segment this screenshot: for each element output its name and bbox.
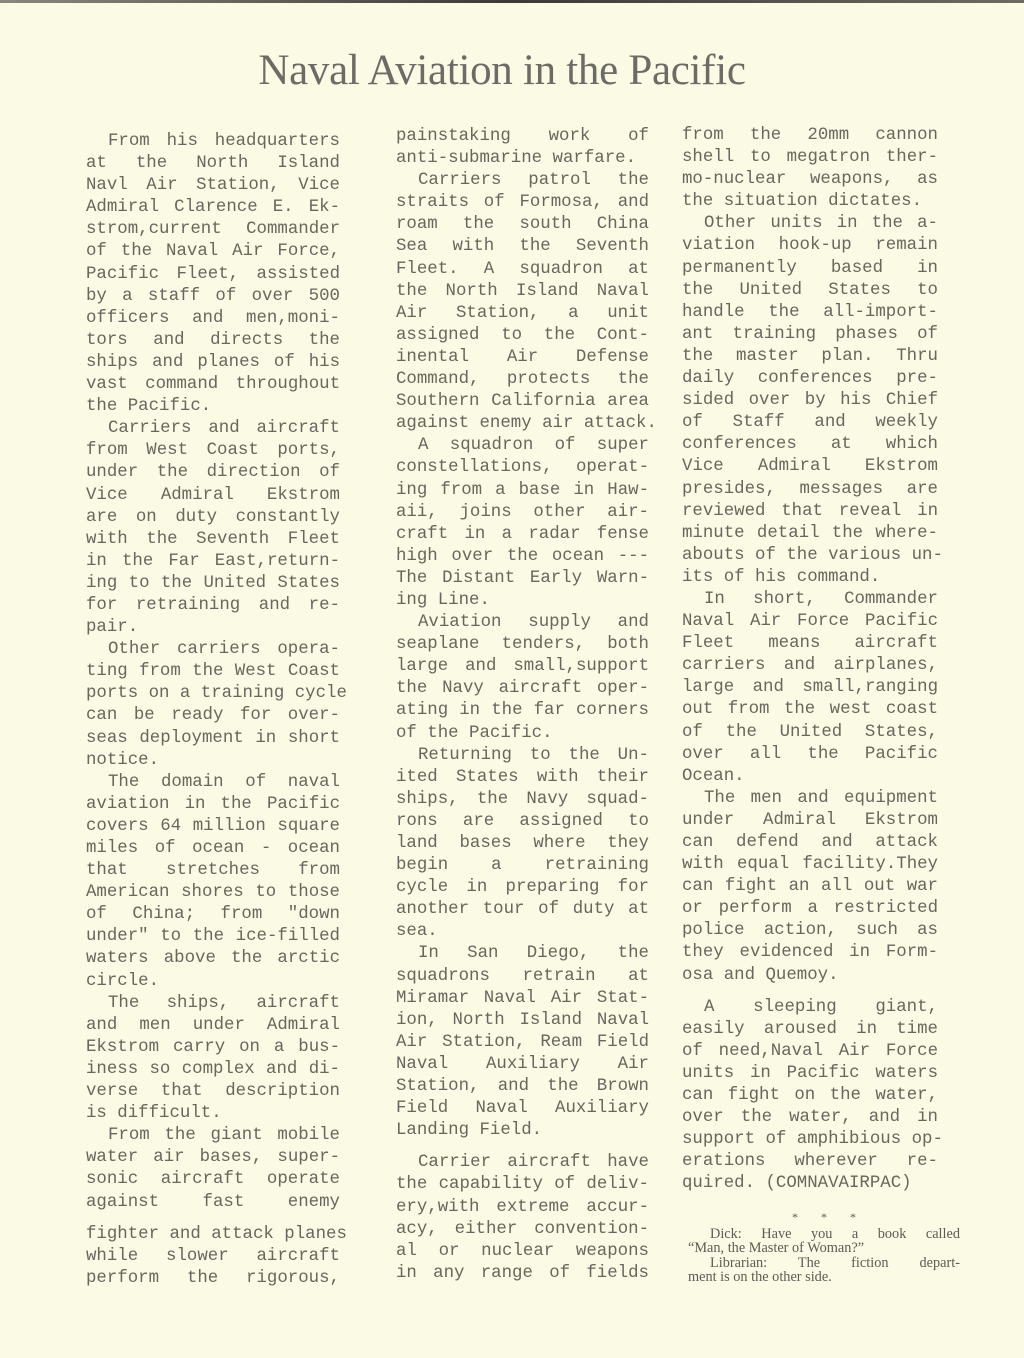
text-line: of need,Naval Air Force <box>682 1041 938 1063</box>
text-line: The Distant Early Warn- <box>396 568 649 590</box>
article-column-1: From his headquartersat the North Island… <box>86 131 340 1290</box>
text-line: at the North Island <box>86 153 340 175</box>
text-line: the United States to <box>682 280 938 302</box>
text-line: seas deployment in short <box>86 728 340 750</box>
text-line: of the Naval Air Force, <box>86 241 340 263</box>
footnote-line: Librarian: The fiction depart- <box>688 1256 960 1271</box>
text-line: A squadron of super <box>396 435 649 457</box>
text-line: Southern California area <box>396 391 649 413</box>
text-line: of China; from "down <box>86 904 340 926</box>
text-line: by a staff of over 500 <box>86 286 340 308</box>
text-line: or perform a restricted <box>682 898 938 920</box>
text-line: shell to megatron ther- <box>682 147 938 169</box>
text-line: units in Pacific waters <box>682 1063 938 1085</box>
text-line: Carriers and aircraft <box>86 418 340 440</box>
text-line: mo-nuclear weapons, as <box>682 169 938 191</box>
text-line: ports on a training cycle <box>86 683 340 705</box>
text-line: The ships, aircraft <box>86 993 340 1015</box>
text-line: rons are assigned to <box>396 811 649 833</box>
text-line: Ocean. <box>682 766 938 788</box>
text-line: pair. <box>86 617 340 639</box>
text-line: water air bases, super- <box>86 1147 340 1169</box>
text-line: vast command throughout <box>86 374 340 396</box>
text-line: aviation in the Pacific <box>86 794 340 816</box>
text-line: police action, such as <box>682 920 938 942</box>
text-line: high over the ocean --- <box>396 546 649 568</box>
text-line: Air Station, Ream Field <box>396 1032 649 1054</box>
text-line: of Staff and weekly <box>682 412 938 434</box>
text-line: abouts of the various un- <box>682 545 938 567</box>
text-line: erations wherever re- <box>682 1151 938 1173</box>
article-title: Naval Aviation in the Pacific <box>0 46 1004 95</box>
text-line: in any range of fields <box>396 1263 649 1285</box>
text-line: that stretches from <box>86 860 340 882</box>
text-line: Other units in the a- <box>682 213 938 235</box>
page-top-edge <box>0 0 1024 3</box>
text-line: can be ready for over- <box>86 705 340 727</box>
text-line: Pacific Fleet, assisted <box>86 264 340 286</box>
text-line: From the giant mobile <box>86 1125 340 1147</box>
text-line: can defend and attack <box>682 832 938 854</box>
text-line: out from the west coast <box>682 699 938 721</box>
text-line: over the water, and in <box>682 1107 938 1129</box>
footnote-line: Dick: Have you a book called <box>688 1227 960 1242</box>
text-line: large and small,support <box>396 656 649 678</box>
text-line: land bases where they <box>396 833 649 855</box>
text-line: against enemy air attack. <box>396 413 649 435</box>
text-line: aii, joins other air- <box>396 502 649 524</box>
text-line: with equal facility.They <box>682 854 938 876</box>
text-line: presides, messages are <box>682 479 938 501</box>
text-line: begin a retraining <box>396 855 649 877</box>
text-line: craft in a radar fense <box>396 524 649 546</box>
text-line: while slower aircraft <box>86 1246 340 1268</box>
text-line: Field Naval Auxiliary <box>396 1098 649 1120</box>
text-line: circle. <box>86 971 340 993</box>
text-line: squadrons retrain at <box>396 966 649 988</box>
text-line: ships, the Navy squad- <box>396 789 649 811</box>
text-line: The men and equipment <box>682 788 938 810</box>
text-line: the Navy aircraft oper- <box>396 678 649 700</box>
text-line: ing from a base in Haw- <box>396 480 649 502</box>
text-line: Vice Admiral Ekstrom <box>86 485 340 507</box>
text-line: ing to the United States <box>86 573 340 595</box>
text-line: In short, Commander <box>682 589 938 611</box>
text-line: Ekstrom carry on a bus- <box>86 1037 340 1059</box>
text-line: inental Air Defense <box>396 347 649 369</box>
text-line: In San Diego, the <box>396 943 649 965</box>
text-line: officers and men,moni- <box>86 308 340 330</box>
text-line: viation hook-up remain <box>682 235 938 257</box>
text-line: ting from the West Coast <box>86 661 340 683</box>
text-line: cycle in preparing for <box>396 877 649 899</box>
text-line: from West Coast ports, <box>86 440 340 462</box>
text-line: support of amphibious op- <box>682 1129 938 1151</box>
text-line: verse that description <box>86 1081 340 1103</box>
text-line: Carrier aircraft have <box>396 1152 649 1174</box>
text-line: ing Line. <box>396 590 649 612</box>
text-line: Naval Auxiliary Air <box>396 1054 649 1076</box>
text-line: another tour of duty at <box>396 899 649 921</box>
text-line: minute detail the where- <box>682 523 938 545</box>
text-line: ery,with extreme accur- <box>396 1197 649 1219</box>
text-line: ships and planes of his <box>86 352 340 374</box>
text-line: Returning to the Un- <box>396 745 649 767</box>
text-line: the situation dictates. <box>682 191 938 213</box>
text-line: Fleet means aircraft <box>682 633 938 655</box>
text-line: American shores to those <box>86 882 340 904</box>
text-line: with the Seventh Fleet <box>86 529 340 551</box>
text-line: ant training phases of <box>682 324 938 346</box>
text-line: easily aroused in time <box>682 1019 938 1041</box>
text-line: and men under Admiral <box>86 1015 340 1037</box>
text-line: daily conferences pre- <box>682 368 938 390</box>
text-line: they evidenced in Form- <box>682 942 938 964</box>
text-line: miles of ocean - ocean <box>86 838 340 860</box>
text-line: Station, and the Brown <box>396 1076 649 1098</box>
text-line: Aviation supply and <box>396 612 649 634</box>
text-line: Carriers patrol the <box>396 170 649 192</box>
text-line: of the United States, <box>682 722 938 744</box>
text-line: covers 64 million square <box>86 816 340 838</box>
text-line: A sleeping giant, <box>682 997 938 1019</box>
footnote-line: ment is on the other side. <box>688 1270 960 1285</box>
text-line: the North Island Naval <box>396 281 649 303</box>
text-line: ion, North Island Naval <box>396 1010 649 1032</box>
text-line: carriers and airplanes, <box>682 655 938 677</box>
text-line: Miramar Naval Air Stat- <box>396 988 649 1010</box>
article-column-3: from the 20mm cannonshell to megatron th… <box>682 125 938 1196</box>
text-line: assigned to the Cont- <box>396 325 649 347</box>
text-line: Navl Air Station, Vice <box>86 175 340 197</box>
text-line: roam the south China <box>396 214 649 236</box>
text-line: sided over by his Chief <box>682 390 938 412</box>
text-line: al or nuclear weapons <box>396 1241 649 1263</box>
text-line: against fast enemy <box>86 1192 340 1214</box>
text-line: from the 20mm cannon <box>682 125 938 147</box>
text-line: osa and Quemoy. <box>682 965 938 987</box>
text-line: sea. <box>396 921 649 943</box>
text-line: painstaking work of <box>396 126 649 148</box>
text-line: is difficult. <box>86 1103 340 1125</box>
text-line: Naval Air Force Pacific <box>682 611 938 633</box>
text-line: Fleet. A squadron at <box>396 259 649 281</box>
text-line: perform the rigorous, <box>86 1268 340 1290</box>
text-line: reviewed that reveal in <box>682 501 938 523</box>
text-line: its of his command. <box>682 567 938 589</box>
paragraph-gap <box>682 987 938 997</box>
footnote-separator: * * * <box>688 1210 960 1225</box>
text-line: conferences at which <box>682 434 938 456</box>
text-line: waters above the arctic <box>86 948 340 970</box>
paragraph-gap <box>396 1142 649 1152</box>
text-line: can fight on the water, <box>682 1085 938 1107</box>
text-line: anti-submarine warfare. <box>396 148 649 170</box>
text-line: the Pacific. <box>86 396 340 418</box>
text-line: Admiral Clarence E. Ek- <box>86 197 340 219</box>
paragraph-gap <box>86 1214 340 1224</box>
text-line: for retraining and re- <box>86 595 340 617</box>
text-line: tors and directs the <box>86 330 340 352</box>
text-line: over all the Pacific <box>682 744 938 766</box>
text-line: under Admiral Ekstrom <box>682 810 938 832</box>
text-line: seaplane tenders, both <box>396 634 649 656</box>
text-line: are on duty constantly <box>86 507 340 529</box>
text-line: notice. <box>86 750 340 772</box>
text-line: under" to the ice-filled <box>86 926 340 948</box>
text-line: Vice Admiral Ekstrom <box>682 456 938 478</box>
text-line: under the direction of <box>86 462 340 484</box>
text-line: permanently based in <box>682 258 938 280</box>
text-line: The domain of naval <box>86 772 340 794</box>
text-line: acy, either convention- <box>396 1219 649 1241</box>
article-column-2: painstaking work ofanti-submarine warfar… <box>396 126 649 1285</box>
text-line: can fight an all out war <box>682 876 938 898</box>
text-line: Other carriers opera- <box>86 639 340 661</box>
text-line: Command, protects the <box>396 369 649 391</box>
text-line: Sea with the Seventh <box>396 236 649 258</box>
text-line: handle the all-import- <box>682 302 938 324</box>
text-line: sonic aircraft operate <box>86 1169 340 1191</box>
text-line: fighter and attack planes <box>86 1224 340 1246</box>
text-line: straits of Formosa, and <box>396 192 649 214</box>
text-line: iness so complex and di- <box>86 1059 340 1081</box>
footnote-joke: * * * Dick: Have you a book called“Man, … <box>688 1210 960 1285</box>
text-line: ating in the far corners <box>396 700 649 722</box>
text-line: of the Pacific. <box>396 723 649 745</box>
text-line: quired. (COMNAVAIRPAC) <box>682 1173 938 1195</box>
text-line: in the Far East,return- <box>86 551 340 573</box>
footnote-line: “Man, the Master of Woman?” <box>688 1241 960 1256</box>
text-line: large and small,ranging <box>682 677 938 699</box>
footnote-text: Dick: Have you a book called“Man, the Ma… <box>688 1227 960 1285</box>
text-line: the capability of deliv- <box>396 1174 649 1196</box>
text-line: constellations, operat- <box>396 457 649 479</box>
text-line: the master plan. Thru <box>682 346 938 368</box>
text-line: From his headquarters <box>86 131 340 153</box>
text-line: ited States with their <box>396 767 649 789</box>
text-line: strom,current Commander <box>86 219 340 241</box>
text-line: Air Station, a unit <box>396 303 649 325</box>
text-line: Landing Field. <box>396 1120 649 1142</box>
